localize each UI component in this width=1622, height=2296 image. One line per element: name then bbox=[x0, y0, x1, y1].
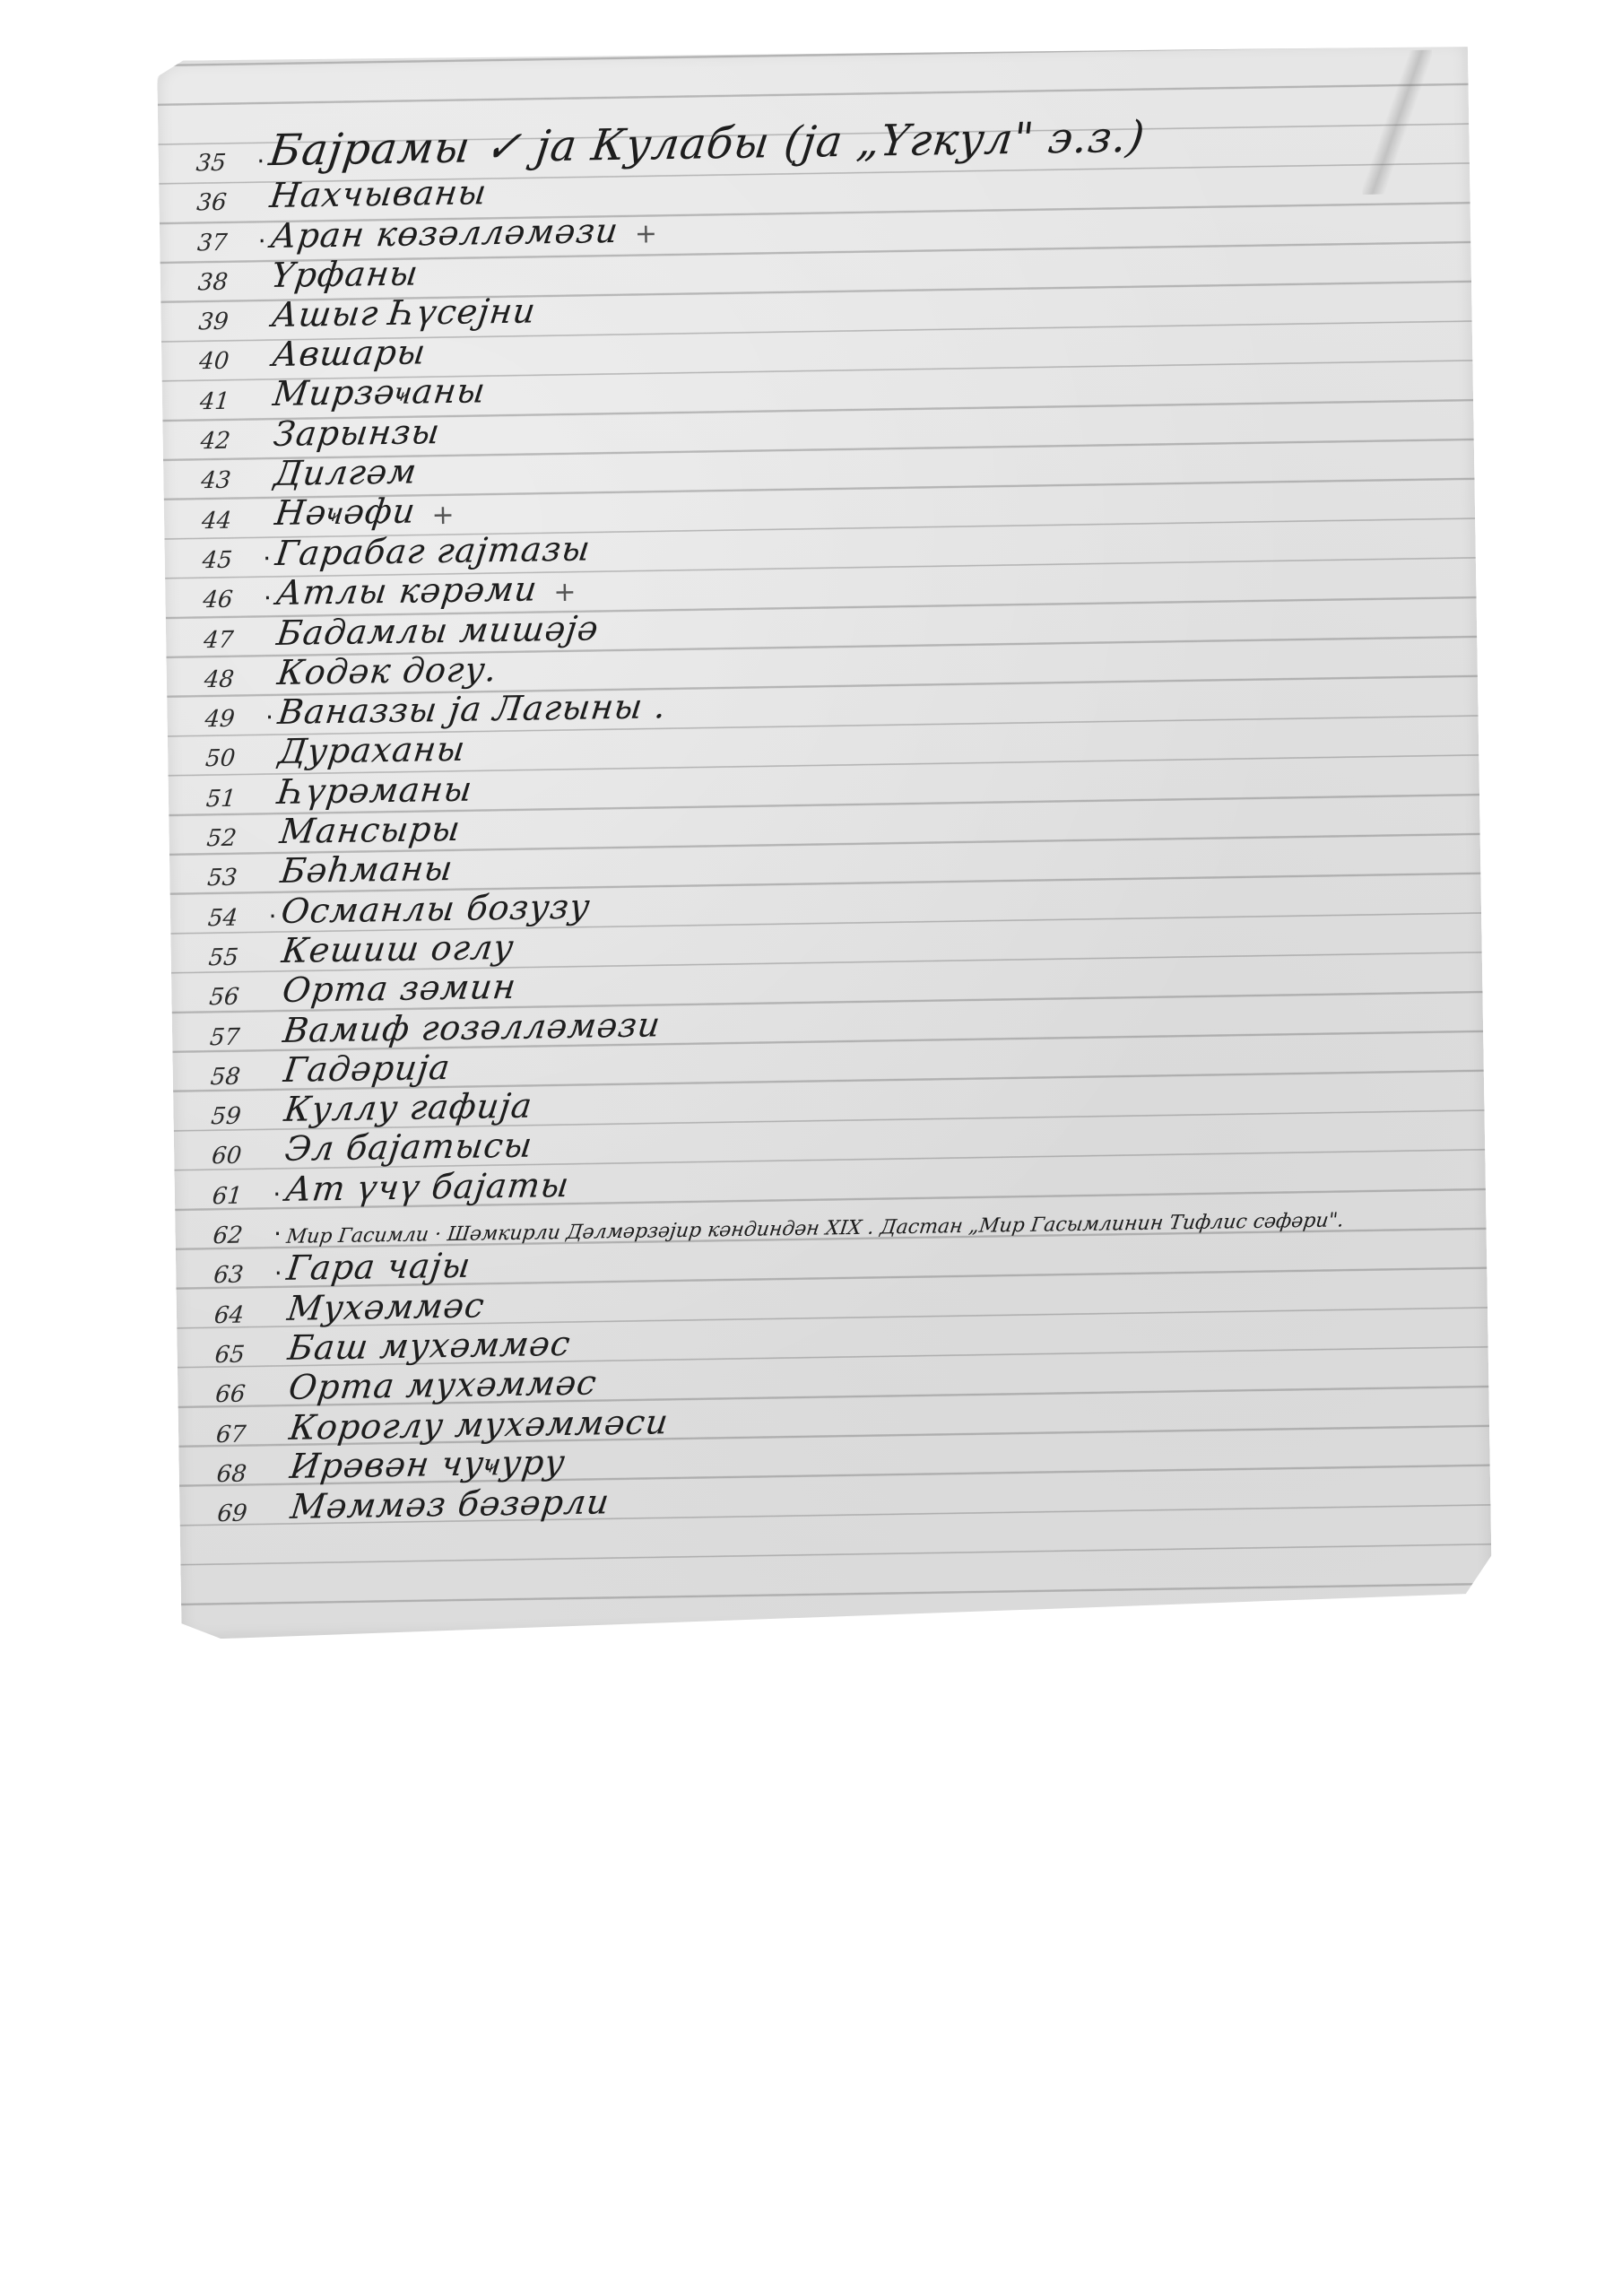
item-title: Кодәк догу. bbox=[275, 649, 499, 692]
item-title: Атлы кәрәми bbox=[274, 570, 540, 613]
item-title: Авшары bbox=[270, 333, 428, 375]
item-title: Мирзәҹаны bbox=[271, 370, 488, 414]
item-number: 61 bbox=[212, 1182, 270, 1210]
item-number: 53 bbox=[206, 865, 265, 892]
item-number: 43 bbox=[200, 467, 258, 495]
item-title: Ашыг Һүсејни bbox=[270, 291, 539, 335]
item-number: 42 bbox=[199, 427, 257, 455]
item-number: 63 bbox=[213, 1261, 271, 1289]
item-number: 57 bbox=[209, 1023, 267, 1051]
item-number: 52 bbox=[205, 824, 264, 852]
item-number: 38 bbox=[197, 268, 256, 296]
item-title: Вамиф гозәлләмәзи bbox=[281, 1004, 663, 1050]
item-number: 54 bbox=[207, 904, 265, 932]
item-title: Һүрәманы bbox=[277, 769, 475, 811]
item-title: Нахчываны bbox=[268, 172, 490, 215]
item-title: Османлы бозузу bbox=[279, 886, 593, 931]
item-title: Орта мухәммәс bbox=[287, 1363, 600, 1407]
item-title: Куллу гафија bbox=[282, 1086, 535, 1129]
item-title: Гарабаг гајтазы bbox=[273, 528, 593, 573]
item-number: 51 bbox=[205, 785, 264, 813]
notebook-page: 35 · Бајрамы ✓ ја Кулабы (ја „Үгкул" э.з… bbox=[157, 40, 1492, 1639]
item-title: Аран көзәлләмәзи bbox=[268, 210, 620, 255]
plus-mark-icon: + bbox=[553, 577, 577, 608]
item-number: 50 bbox=[204, 745, 263, 773]
item-number: 59 bbox=[210, 1102, 268, 1130]
plus-mark-icon: + bbox=[635, 218, 658, 249]
item-number: 48 bbox=[204, 665, 262, 693]
item-number: 62 bbox=[212, 1222, 270, 1249]
item-title: Кешиш оглу bbox=[280, 927, 516, 970]
item-title: Ваназзы ја Лагыны . bbox=[276, 686, 669, 732]
item-number: 65 bbox=[213, 1341, 272, 1369]
item-title: Нәҹәфи bbox=[273, 491, 418, 534]
item-title: Зарынзы bbox=[272, 412, 443, 454]
item-title: Үрфаны bbox=[269, 253, 421, 295]
item-number: 67 bbox=[215, 1421, 273, 1448]
item-number: 46 bbox=[202, 587, 260, 614]
item-number: 36 bbox=[195, 189, 254, 217]
item-title: Гадәрија bbox=[282, 1048, 453, 1090]
item-number: 44 bbox=[201, 507, 259, 535]
item-title: Дураханы bbox=[276, 729, 467, 771]
item-number: 37 bbox=[196, 229, 255, 257]
item-title: Мансыры bbox=[278, 809, 464, 851]
item-number: 40 bbox=[198, 348, 256, 376]
item-title: Дилгәм bbox=[273, 452, 420, 494]
item-title: Ирәвән чуҹуру bbox=[288, 1442, 568, 1487]
item-title: Короглу мухәммәси bbox=[287, 1402, 671, 1448]
item-number: 41 bbox=[199, 387, 257, 415]
item-title: Гара чајы bbox=[284, 1246, 473, 1288]
item-title: Мәммәз бәзәрли bbox=[289, 1482, 612, 1526]
item-dot: · bbox=[268, 1219, 287, 1248]
item-number: 60 bbox=[211, 1143, 269, 1170]
item-title: Ат үчү бајаты bbox=[283, 1165, 572, 1209]
item-title: Бадамлы мишәјә bbox=[274, 608, 601, 653]
item-number: 68 bbox=[215, 1460, 273, 1488]
item-number: 55 bbox=[207, 944, 265, 971]
item-title: Бәһманы bbox=[278, 848, 455, 891]
plus-mark-icon: + bbox=[431, 500, 455, 531]
item-number: 64 bbox=[213, 1301, 272, 1329]
item-number: 66 bbox=[214, 1380, 273, 1408]
item-number: 69 bbox=[216, 1500, 274, 1527]
item-number: 58 bbox=[209, 1063, 267, 1091]
item-number: 35 bbox=[195, 149, 253, 177]
item-number: 47 bbox=[203, 626, 261, 654]
item-title: Баш мухәммәс bbox=[286, 1324, 573, 1368]
item-title: Эл бајатысы bbox=[282, 1126, 534, 1169]
song-list: 35 · Бајрамы ✓ ја Кулабы (ја „Үгкул" э.з… bbox=[195, 105, 1472, 1527]
item-title: Орта зәмин bbox=[281, 967, 519, 1010]
item-title: Мухәммәс bbox=[285, 1285, 487, 1328]
item-number: 49 bbox=[204, 705, 262, 733]
item-number: 39 bbox=[197, 308, 256, 335]
item-number: 45 bbox=[201, 546, 259, 574]
item-number: 56 bbox=[208, 983, 266, 1011]
